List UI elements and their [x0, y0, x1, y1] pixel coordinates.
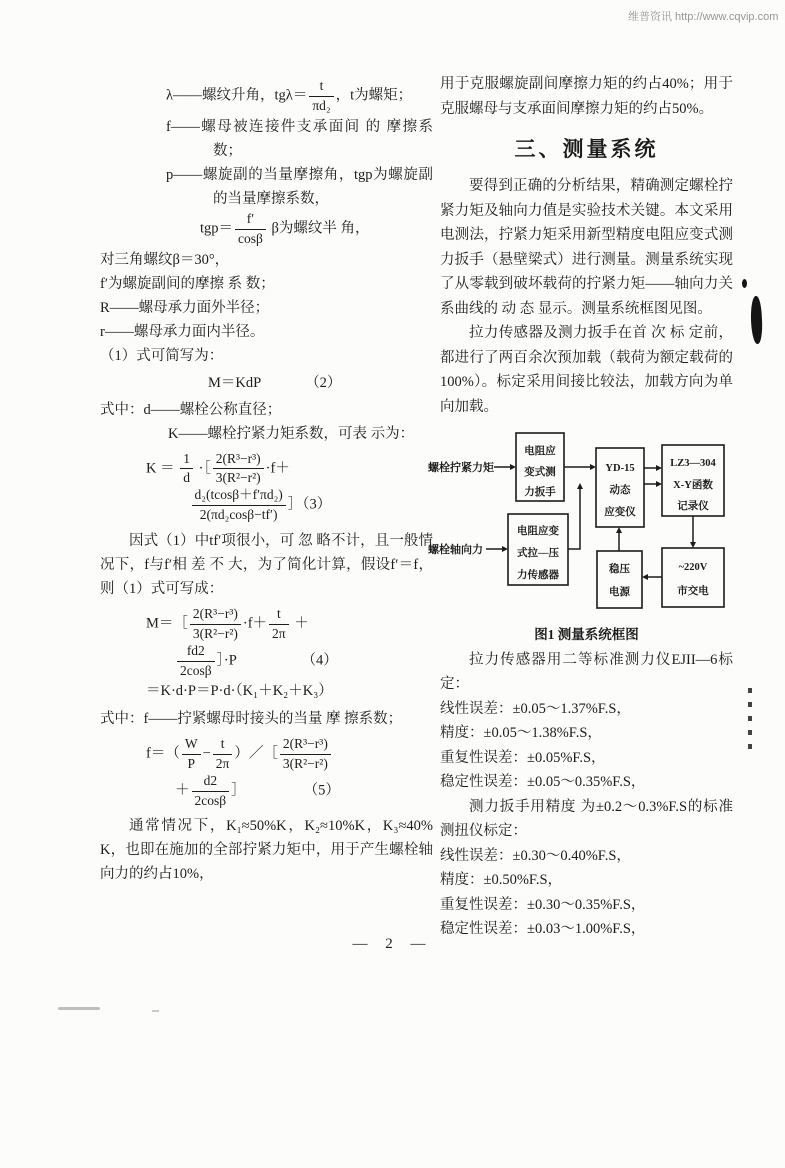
- box-sensor-line3: 力传感器: [517, 568, 559, 581]
- calibration-1-repeatability: 重复性误差：±0.05%F.S，: [440, 746, 733, 771]
- right-column: 用于克服螺旋副间摩擦力矩的约占40%；用于克服螺母与支承面间摩擦力矩的约占50%…: [440, 72, 733, 942]
- definition-lambda: λ——螺纹升角，tgλ＝tπd₂，t为螺矩；: [166, 78, 433, 115]
- equation-5: f＝（WP−t2π）／［2(R³−r³)3(R²−r²) ＋d22cosβ］ （…: [146, 736, 433, 810]
- equation-4: M＝［2(R³−r³)3(R²−r²)·f＋t2π ＋ fd22cosβ］·P …: [146, 606, 433, 702]
- box-amp-line2: 动态: [610, 483, 631, 496]
- definition-R: R——螺母承力面外半径；: [100, 296, 433, 320]
- figure-caption: 图1 测量系统框图: [440, 623, 733, 648]
- box-recorder-line3: 记录仪: [677, 499, 709, 512]
- definition-r: r——螺母承力面内半径。: [100, 320, 433, 344]
- paragraph-measure-1: 要得到正确的分析结果，精确测定螺栓拧紧力矩及轴向力值是实验技术关键。本文采用电测…: [440, 174, 733, 321]
- calibration-2-intro: 测力扳手用精度 为±0.2～0.3%F.S的标准测扭仪标定：: [440, 795, 733, 844]
- paragraph-measure-2: 拉力传感器及测力扳手在首 次 标 定前，都进行了两百余次预加载（载荷为额定载荷的…: [440, 321, 733, 419]
- label-bolt-torque: 螺栓拧紧力矩: [428, 460, 494, 474]
- box-recorder-line1: LZ3—304: [670, 458, 716, 469]
- line-fprime: f′为螺旋副间的摩擦 系 数；: [100, 272, 433, 296]
- box-amp-line1: YD-15: [605, 463, 634, 474]
- watermark: 维普资讯 http://www.cqvip.com: [628, 8, 778, 24]
- ink-dot: [742, 279, 747, 288]
- calibration-1-accuracy: 精度：±0.05～1.38%F.S，: [440, 721, 733, 746]
- box-mains: [662, 548, 724, 607]
- calibration-2-linearity: 线性误差：±0.30～0.40%F.S，: [440, 844, 733, 869]
- definition-K: K——螺栓拧紧力矩系数，可表 示为：: [168, 422, 433, 446]
- label-bolt-axial-force: 螺栓轴向力: [428, 542, 483, 556]
- left-column: λ——螺纹升角，tgλ＝tπd₂，t为螺矩； f——螺母被连接件支承面间 的 摩…: [100, 78, 433, 886]
- box-mains-line1: ~220V: [679, 562, 708, 573]
- box-wrench-line3: 力扳手: [524, 485, 556, 498]
- measurement-system-diagram: 螺栓拧紧力矩 螺栓轴向力 电阻应 变式测 力扳手 电阻应变 式拉—压 力传感器 …: [428, 427, 734, 623]
- calibration-1-stability: 稳定性误差：±0.05～0.35%F.S，: [440, 770, 733, 795]
- eq4-where: 式中：f——拧紧螺母时接头的当量 摩 擦系数；: [100, 707, 433, 731]
- equation-2-number: （2）: [305, 371, 341, 395]
- calibration-1-linearity: 线性误差：±0.05～1.37%F.S，: [440, 697, 733, 722]
- symbol-definitions: λ——螺纹升角，tgλ＝tπd₂，t为螺矩； f——螺母被连接件支承面间 的 摩…: [100, 78, 433, 211]
- ink-blob: [750, 296, 763, 345]
- box-sensor-line1: 电阻应变: [517, 524, 559, 537]
- box-wrench-line1: 电阻应: [524, 444, 556, 457]
- box-sensor-line2: 式拉—压: [517, 546, 559, 559]
- diagram-box-labels: 电阻应 变式测 力扳手 电阻应变 式拉—压 力传感器 YD-15 动态 应变仪 …: [517, 444, 716, 598]
- scan-smudge-small: [152, 1010, 159, 1012]
- formula-tgp: tgp＝f′cosβ β为螺纹半 角，: [200, 211, 433, 248]
- definition-K-wrap: K——螺栓拧紧力矩系数，可表 示为：: [100, 422, 433, 446]
- box-wrench-line2: 变式测: [524, 465, 556, 478]
- paragraph-simplify: 因式（1）中tf′项很小，可 忽 略不计，且一般情况下，f与f′相 差 不 大，…: [100, 529, 433, 601]
- line-beta: 对三角螺纹β＝30°，: [100, 248, 433, 272]
- equation-2-body: M＝KdP: [208, 371, 261, 395]
- equation-3: K ＝ 1d ·［2(R³−r³)3(R²−r²)·f＋ d₂(tcosβ＋f′…: [146, 451, 433, 525]
- calibration-1-intro: 拉力传感器用二等标准测力仪EJII—6标定：: [440, 648, 733, 697]
- definition-p: p——螺旋副的当量摩擦角，tgp为螺旋副的当量摩擦系数，: [166, 163, 433, 211]
- box-amp-line3: 应变仪: [604, 505, 636, 518]
- paragraph-continued: 用于克服螺旋副间摩擦力矩的约占40%；用于克服螺母与支承面间摩擦力矩的约占50%…: [440, 72, 733, 121]
- diagram-arrowheads: [502, 464, 696, 580]
- document-page: 维普资讯 http://www.cqvip.com λ——螺纹升角，tgλ＝tπ…: [0, 0, 785, 1168]
- definition-f: f——螺母被连接件支承面间 的 摩擦系数；: [166, 115, 433, 163]
- diagram-input-labels: 螺栓拧紧力矩 螺栓轴向力: [428, 460, 494, 556]
- eq2-intro: （1）式可简写为：: [100, 344, 433, 368]
- box-recorder-line2: X-Y函数: [673, 478, 713, 491]
- ink-dotted-marks: [748, 688, 752, 758]
- box-power-line1: 稳压: [608, 562, 630, 575]
- eq2-where: 式中：d——螺栓公称直径；: [100, 398, 433, 422]
- page-number: — 2 —: [0, 936, 785, 953]
- scan-smudge: [58, 1007, 100, 1010]
- calibration-2-accuracy: 精度：±0.50%F.S，: [440, 868, 733, 893]
- box-mains-line2: 市交电: [677, 584, 709, 597]
- box-power-line2: 电源: [609, 585, 630, 598]
- paragraph-usual: 通常情况下，K₁≈50%K，K₂≈10%K，K₃≈40%K，也即在施加的全部拧紧…: [100, 814, 433, 886]
- block-diagram-svg: 螺栓拧紧力矩 螺栓轴向力 电阻应 变式测 力扳手 电阻应变 式拉—压 力传感器 …: [428, 427, 734, 623]
- calibration-2-repeatability: 重复性误差：±0.30～0.35%F.S，: [440, 893, 733, 918]
- box-regulated-power: [597, 551, 642, 608]
- section-heading: 三、测量系统: [440, 134, 733, 164]
- equation-2: M＝KdP （2）: [100, 371, 433, 395]
